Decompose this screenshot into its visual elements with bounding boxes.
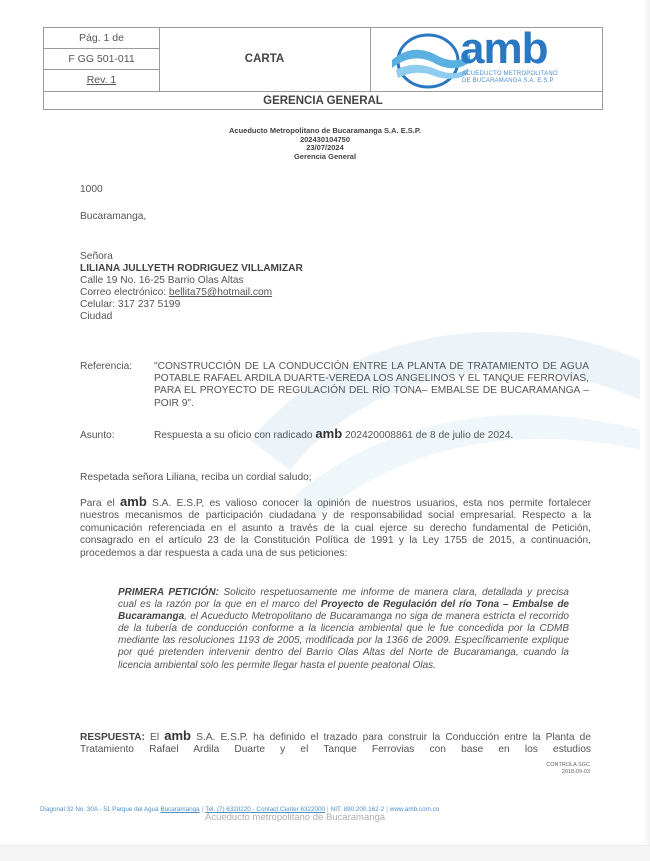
recipient-city: Ciudad — [80, 311, 303, 323]
para1-pre: Para el — [80, 498, 120, 509]
page-edge-shadow — [642, 0, 650, 845]
water-wave-logo-icon — [390, 32, 470, 90]
response-pre: El — [145, 732, 164, 743]
para1-amb: amb — [120, 494, 147, 509]
logo-subtitle-line2: DE BUCARAMANGA S.A. E.S.P — [462, 78, 602, 85]
recipient-title: Señora — [80, 251, 303, 263]
subject-label: Asunto: — [80, 430, 115, 442]
subject-amb: amb — [315, 426, 342, 441]
form-code: F GG 501-011 — [44, 49, 159, 70]
page-number: Pág. 1 de — [44, 28, 159, 49]
letter-page: Pág. 1 de F GG 501-011 Rev. 1 CARTA amb … — [0, 0, 650, 845]
logo-subtitle-line1: ACUEDUCTO METROPOLITANO — [462, 71, 602, 78]
radicado-stamp: Acueducto Metropolitano de Bucaramanga S… — [150, 127, 500, 161]
control-line1: CONTROLA SGC — [520, 762, 590, 769]
recipient-address: Calle 19 No. 16-25 Barrio Olas Altas — [80, 275, 303, 287]
petition-post: , el Acueducto Metropolitano de Bucarama… — [118, 611, 569, 670]
revision: Rev. 1 — [44, 70, 159, 91]
recipient-phone: Celular: 317 237 5199 — [80, 299, 303, 311]
response-amb: amb — [164, 728, 191, 743]
subject-text: Respuesta a su oficio con radicado amb 2… — [154, 428, 513, 442]
logo-subtitle: ACUEDUCTO METROPOLITANO DE BUCARAMANGA S… — [462, 71, 602, 85]
quality-control-stamp: CONTROLA SGC 2018-09-03 — [520, 762, 590, 776]
first-petition: PRIMERA PETICIÓN: Solicito respetuosamen… — [118, 587, 569, 672]
recipient-name: LILIANA JULLYETH RODRIGUEZ VILLAMIZAR — [80, 263, 303, 275]
amb-logo: amb ACUEDUCTO METROPOLITANO DE BUCARAMAN… — [370, 28, 602, 91]
subject-post: 202420008861 de 8 de julio de 2024. — [342, 430, 513, 441]
intro-paragraph: Para el amb S.A. E.S.P, es valioso conoc… — [80, 496, 591, 560]
letter-city: Bucaramanga, — [80, 211, 146, 223]
recipient-block: Señora LILIANA JULLYETH RODRIGUEZ VILLAM… — [80, 251, 303, 323]
response-paragraph: RESPUESTA: El amb S.A. E.S.P. ha definid… — [80, 730, 591, 757]
email-label: Correo electrónico: — [80, 287, 169, 298]
para1-post: S.A. E.S.P, es valioso conocer la opinió… — [80, 498, 591, 559]
greeting: Respetada señora Liliana, reciba un cord… — [80, 472, 312, 484]
form-info-column: Pág. 1 de F GG 501-011 Rev. 1 — [44, 28, 160, 91]
subject-pre: Respuesta a su oficio con radicado — [154, 430, 315, 441]
reference-label: Referencia: — [80, 361, 132, 373]
stamp-office: Gerencia General — [150, 153, 500, 162]
footer-address: Diagonal 32 No. 30A - 51 Parque del Agua — [40, 806, 160, 813]
department-title: GERENCIA GENERAL — [44, 91, 602, 111]
petition-label: PRIMERA PETICIÓN: — [118, 587, 219, 598]
recipient-email-link[interactable]: bellita75@hotmail.com — [169, 287, 272, 298]
document-header-table: Pág. 1 de F GG 501-011 Rev. 1 CARTA amb … — [43, 27, 603, 110]
letter-code: 1000 — [80, 184, 103, 196]
logo-wordmark: amb — [460, 24, 547, 74]
footer-website-link[interactable]: www.amb.com.co — [390, 806, 439, 813]
document-type: CARTA — [159, 28, 371, 91]
footer-city: Bucaramanga — [160, 806, 199, 813]
footer-ghost-text: Acueducto metropolitano de Bucaramanga — [205, 812, 385, 823]
reference-text: "CONSTRUCCIÓN DE LA CONDUCCIÓN ENTRE LA … — [154, 361, 589, 410]
watermark-wave-icon — [230, 300, 650, 520]
recipient-email-line: Correo electrónico: bellita75@hotmail.co… — [80, 287, 303, 299]
response-label: RESPUESTA: — [80, 732, 145, 743]
page-bottom-strip — [0, 845, 650, 861]
control-line2: 2018-09-03 — [520, 769, 590, 776]
